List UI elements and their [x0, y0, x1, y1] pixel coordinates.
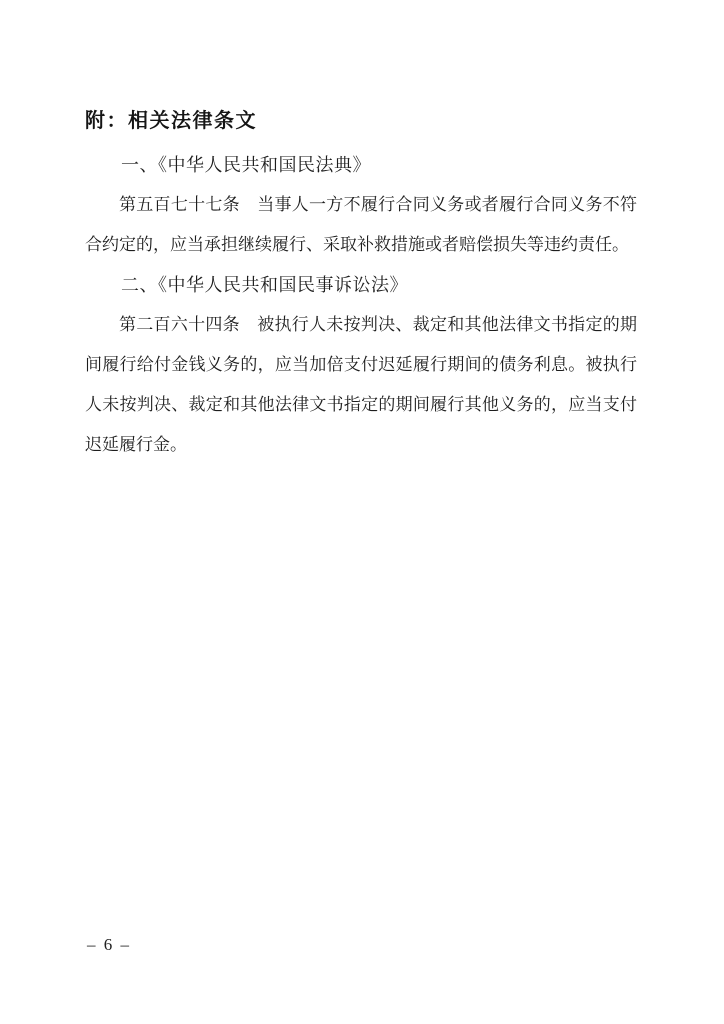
law-1-article-text: 第五百七十七条 当事人一方不履行合同义务或者履行合同义务不符合约定的，应当承担继…	[85, 185, 637, 265]
law-2-heading: 二、《中华人民共和国民事诉讼法》	[85, 265, 637, 305]
law-2-article-text: 第二百六十四条 被执行人未按判决、裁定和其他法律文书指定的期间履行给付金钱义务的…	[85, 305, 637, 465]
law-1-heading: 一、《中华人民共和国民法典》	[85, 145, 637, 185]
appendix-title: 附：相关法律条文	[85, 101, 637, 141]
document-content: 附：相关法律条文 一、《中华人民共和国民法典》 第五百七十七条 当事人一方不履行…	[85, 101, 637, 465]
document-page: 附：相关法律条文 一、《中华人民共和国民法典》 第五百七十七条 当事人一方不履行…	[0, 0, 724, 1024]
page-number: – 6 –	[87, 935, 131, 955]
